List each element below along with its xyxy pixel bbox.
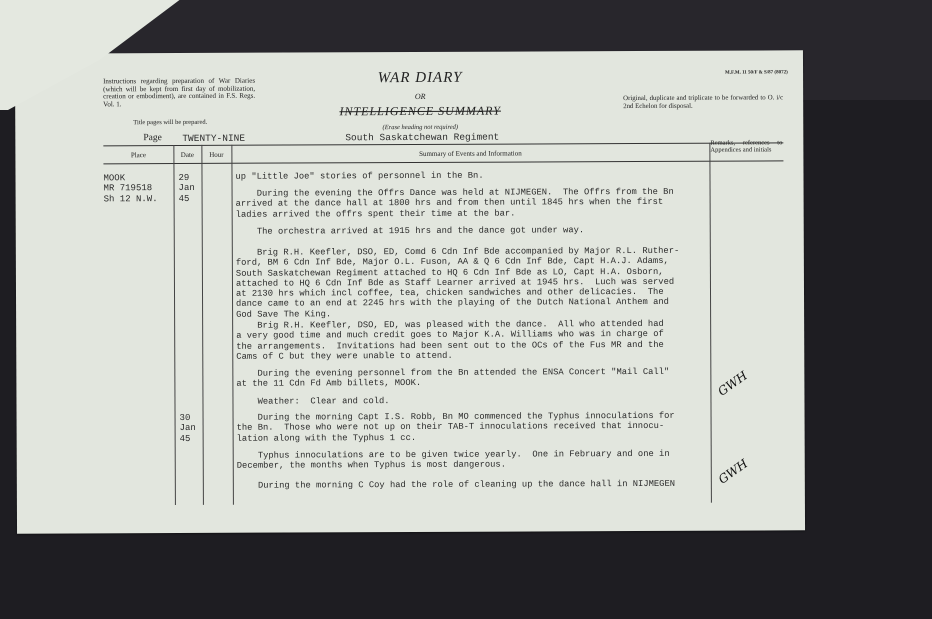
- diary-entry: During the morning C Coy had the role of…: [237, 479, 717, 491]
- title-pages-note: Title pages will be prepared.: [133, 119, 207, 126]
- diary-entry: The orchestra arrived at 1915 hrs and th…: [236, 225, 716, 237]
- erase-note: (Erase heading not required): [320, 124, 520, 132]
- diary-entry: Typhus innoculations are to be given twi…: [237, 449, 717, 472]
- divider-hour-summary: [231, 145, 234, 505]
- column-remarks: Remarks, references to Appendices and in…: [710, 139, 782, 153]
- divider-place-date: [173, 145, 176, 505]
- place-cell: MOOK MR 719518 Sh 12 N.W.: [103, 173, 157, 204]
- diary-entry: Brig R.H. Keefler, DSO, ED, was pleased …: [236, 319, 716, 362]
- distribution-note: Original, duplicate and triplicate to be…: [623, 94, 783, 110]
- diary-entry: Brig R.H. Keefler, DSO, ED, Comd 6 Cdn I…: [236, 246, 716, 320]
- initials-signature: GWH: [716, 457, 751, 487]
- column-date: Date: [173, 151, 201, 159]
- instructions-note: Instructions regarding preparation of Wa…: [103, 78, 255, 109]
- date-cell: 29 Jan 45: [178, 173, 194, 204]
- column-place: Place: [103, 151, 173, 159]
- date-cell: 30 Jan 45: [180, 413, 196, 444]
- divider-date-hour: [201, 145, 204, 505]
- initials-signature: GWH: [715, 369, 750, 399]
- column-rule: [103, 160, 783, 164]
- title-or: OR: [320, 92, 520, 102]
- page-number: TWENTY-NINE: [182, 133, 245, 144]
- column-summary: Summary of Events and Information: [231, 149, 709, 159]
- diary-entry: up "Little Joe" stories of personnel in …: [235, 170, 715, 182]
- diary-entry: During the evening personnel from the Bn…: [236, 367, 716, 390]
- page-title: WAR DIARY: [320, 70, 520, 88]
- form-code: M.F.M. 11 50/F & S/87 (8072): [725, 70, 788, 75]
- diary-entry: During the morning Capt I.S. Robb, Bn MO…: [237, 411, 717, 444]
- struck-title: INTELLIGENCE SUMMARY: [320, 104, 520, 120]
- column-hour: Hour: [201, 151, 231, 159]
- page-label: Page: [143, 133, 162, 143]
- diary-entry: Weather: Clear and cold.: [236, 395, 716, 407]
- war-diary-page: Instructions regarding preparation of Wa…: [15, 50, 805, 533]
- unit-name: South Saskatchewan Regiment: [345, 132, 499, 144]
- diary-entry: During the evening the Offrs Dance was h…: [236, 187, 716, 220]
